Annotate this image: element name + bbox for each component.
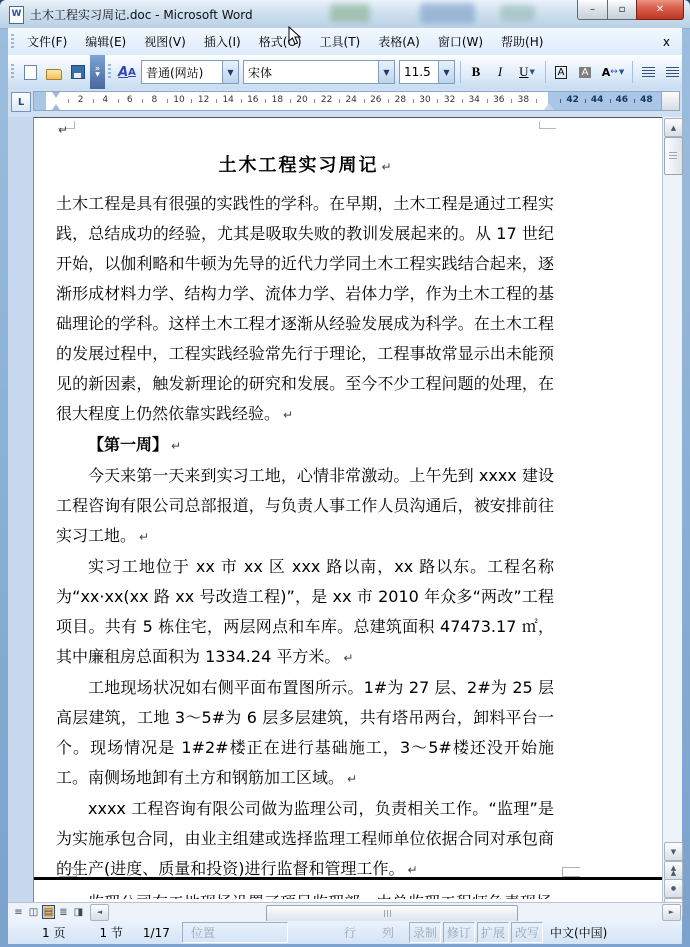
ruler-tick <box>413 99 414 103</box>
standard-toolbar-options-chevron[interactable]: »▼ <box>90 55 105 89</box>
paragraph-mark: ↵ <box>347 772 357 786</box>
menu-item-2[interactable]: 编辑(E) <box>76 29 135 54</box>
status-page: 1 页 <box>36 922 71 943</box>
maximize-button[interactable]: ▫ <box>608 0 636 20</box>
vertical-scrollbar[interactable]: ▲ ▼ ▲▲ ● ▼▼ <box>662 117 682 918</box>
ruler-number: 24 <box>345 95 356 105</box>
text-boundary-mark <box>59 867 77 877</box>
paragraph-mark: ↵ <box>139 530 149 544</box>
paragraph-mark: ↵ <box>381 160 391 174</box>
styles-and-formatting-button[interactable]: AA <box>116 60 138 84</box>
paragraph-mark: ↵ <box>283 408 293 422</box>
page[interactable]: ↵ 土木工程实习周记↵ 土木工程是具有很强的实践性的学科。在早期，土木工程是通过… <box>33 117 663 903</box>
ruler-tick <box>265 99 266 103</box>
paragraph[interactable]: 实习工地位于 xx 市 xx 区 xxx 路以南，xx 路以东。工程名称为“xx… <box>56 552 554 673</box>
save-button[interactable] <box>67 60 89 84</box>
status-column: 列 <box>376 922 400 943</box>
client-area: 文件(F)编辑(E)视图(V)插入(I)格式(O)工具(T)表格(A)窗口(W)… <box>8 28 682 944</box>
ruler-number: 6 <box>127 95 133 105</box>
text-boundary-mark <box>562 867 580 877</box>
ruler-tick <box>241 99 242 103</box>
paragraph-mark: ↵ <box>171 439 181 453</box>
font-size-combobox[interactable]: 11.5▼ <box>399 60 455 84</box>
clipped-next-line: 监理公司在工地现场设置了项目监理部，由总监理工程师负责现场的监理 <box>56 886 554 899</box>
split-handle[interactable] <box>661 91 680 111</box>
ruler-number: 44 <box>591 95 604 105</box>
align-right-button[interactable] <box>685 60 690 84</box>
ruler-number: 26 <box>370 95 381 105</box>
status-section: 1 节 <box>93 922 128 943</box>
document-body[interactable]: 土木工程是具有很强的实践性的学科。在早期，土木工程是通过工程实践，总结成功的经验… <box>56 189 554 885</box>
scroll-right-button[interactable]: ► <box>662 904 681 921</box>
status-toggle-修订[interactable]: 修订 <box>443 922 475 943</box>
vertical-scroll-thumb[interactable] <box>664 137 683 175</box>
ruler-number: 48 <box>640 95 653 105</box>
word-document-icon: W <box>9 6 24 24</box>
text-boundary-mark <box>539 121 556 129</box>
toolbar-separator <box>545 61 546 83</box>
glass-reflection <box>500 5 535 21</box>
previous-page-button[interactable]: ▲▲ <box>664 861 683 880</box>
ruler-tick <box>191 99 192 103</box>
outline-view-icon[interactable]: ≣ <box>57 905 70 919</box>
ruler-tick <box>388 99 389 103</box>
menu-item-6[interactable]: 工具(T) <box>311 29 370 54</box>
horizontal-scroll-thumb[interactable] <box>266 905 518 922</box>
document-title[interactable]: 土木工程实习周记↵ <box>56 151 554 177</box>
horizontal-ruler[interactable]: 2468101214161820222426283032343638424446… <box>33 91 664 111</box>
ruler-number: 18 <box>272 95 283 105</box>
ruler-number: 12 <box>198 95 209 105</box>
menu-item-3[interactable]: 视图(V) <box>135 29 195 54</box>
page-break-boundary <box>34 877 663 880</box>
glass-reflection <box>330 4 370 22</box>
scroll-left-button[interactable]: ◄ <box>90 904 109 921</box>
ruler-tick <box>462 99 463 103</box>
paragraph[interactable]: 工地现场状况如右侧平面布置图所示。1#为 27 层、2#为 25 层高层建筑，工… <box>56 673 554 794</box>
paragraph[interactable]: xxxx 工程咨询有限公司做为监理公司，负责相关工作。“监理”是为实施承包合同，… <box>56 794 554 885</box>
title-bar[interactable]: W 土木工程实习周记.doc - Microsoft Word – ▫ ✕ <box>0 0 690 29</box>
ruler-number: 20 <box>296 95 307 105</box>
standard-toolbar: »▼ <box>8 55 105 89</box>
paragraph-mark: ↵ <box>408 863 418 877</box>
ruler-number: 46 <box>616 95 629 105</box>
toolbar-separator <box>460 61 461 83</box>
character-shading-button[interactable]: A <box>574 60 596 84</box>
scroll-up-button[interactable]: ▲ <box>664 118 683 137</box>
reading-layout-view-icon[interactable]: ◨ <box>72 905 85 919</box>
status-toggle-录制[interactable]: 录制 <box>409 922 441 943</box>
ruler-number: 14 <box>222 95 233 105</box>
horizontal-scrollbar-row: ≡◫▤≣◨ ◄ ► <box>8 902 682 921</box>
document-area: ↵ 土木工程实习周记↵ 土木工程是具有很强的实践性的学科。在早期，土木工程是通过… <box>8 117 682 903</box>
underline-button[interactable]: U▼ <box>513 60 541 84</box>
ruler-tick <box>437 99 438 103</box>
font-combobox[interactable]: 宋体▼ <box>243 60 395 84</box>
ruler-tick <box>314 99 315 103</box>
bold-button[interactable]: B <box>465 60 487 84</box>
close-document-icon[interactable]: x <box>659 33 674 51</box>
ruler-tick <box>216 99 217 103</box>
menu-bar: 文件(F)编辑(E)视图(V)插入(I)格式(O)工具(T)表格(A)窗口(W)… <box>8 28 682 55</box>
close-button[interactable]: ✕ <box>636 0 684 20</box>
align-left-button[interactable] <box>637 60 659 84</box>
status-line: 行 <box>338 922 362 943</box>
ruler-tick <box>118 99 119 103</box>
ruler-row: L 24681012141618202224262830323436384244… <box>8 89 682 117</box>
empty-paragraph-mark: ↵ <box>58 123 68 137</box>
ruler-tick <box>634 99 635 103</box>
print-layout-view-icon[interactable]: ▤ <box>42 905 55 919</box>
ruler-number: 36 <box>493 95 504 105</box>
ruler-number: 10 <box>173 95 184 105</box>
ruler-tick <box>487 99 488 103</box>
open-button[interactable] <box>43 60 65 84</box>
menu-item-4[interactable]: 插入(I) <box>195 29 250 54</box>
ruler-tick <box>142 99 143 103</box>
ruler-tick <box>585 99 586 103</box>
horizontal-scroll-track[interactable] <box>111 905 660 920</box>
ruler-tick <box>93 99 94 103</box>
status-bar: 1 页 1 节 1/17 位置 行 列 录制修订扩展改写 中文(中国) <box>8 921 682 944</box>
normal-view-icon[interactable]: ≡ <box>12 905 25 919</box>
status-toggle-改写[interactable]: 改写 <box>511 922 543 943</box>
new-document-button[interactable] <box>19 60 41 84</box>
scroll-down-button[interactable]: ▼ <box>664 842 683 861</box>
select-browse-object-button[interactable]: ● <box>664 879 683 898</box>
ruler-tick <box>68 99 69 103</box>
italic-button[interactable]: I <box>489 60 511 84</box>
status-language[interactable]: 中文(中国) <box>544 923 613 942</box>
ruler-number: 2 <box>78 95 84 105</box>
status-toggle-扩展[interactable]: 扩展 <box>477 922 509 943</box>
align-center-button[interactable] <box>661 60 683 84</box>
paragraph[interactable]: 土木工程是具有很强的实践性的学科。在早期，土木工程是通过工程实践，总结成功的经验… <box>56 189 554 430</box>
ruler-number: 4 <box>102 95 108 105</box>
menu-item-1[interactable]: 文件(F) <box>18 29 76 54</box>
web-layout-view-icon[interactable]: ◫ <box>27 905 40 919</box>
ruler-number: 32 <box>444 95 455 105</box>
ruler-tick <box>339 99 340 103</box>
status-position: 位置 <box>182 922 288 943</box>
ruler-number: 38 <box>518 95 529 105</box>
ruler-tick <box>536 99 537 103</box>
right-indent-marker[interactable] <box>544 98 554 110</box>
paragraph[interactable]: 今天来第一天来到实习工地，心情非常激动。上午先到 xxxx 建设工程咨询有限公司… <box>56 461 554 552</box>
paragraph-mark: ↵ <box>343 651 353 665</box>
standard-toolbar-handle[interactable] <box>11 64 14 80</box>
style-combobox[interactable]: 普通(网站)▼ <box>141 60 239 84</box>
ruler-tick <box>290 99 291 103</box>
menubar-drag-handle[interactable] <box>11 34 14 50</box>
ruler-tick <box>560 99 561 103</box>
ruler-number: 22 <box>321 95 332 105</box>
toolbar: »▼ AA 普通(网站)▼ 宋体▼ 11.5▼ B I <box>8 55 682 90</box>
formatting-toolbar: AA 普通(网站)▼ 宋体▼ 11.5▼ B I U▼ <box>105 55 690 89</box>
character-scaling-button[interactable]: A↔▼ <box>598 60 628 84</box>
glass-reflection <box>420 3 475 23</box>
paragraph[interactable]: 【第一周】↵ <box>56 430 554 461</box>
hanging-indent-marker[interactable] <box>52 100 60 110</box>
ruler-number: 30 <box>419 95 430 105</box>
ruler-number: 34 <box>468 95 479 105</box>
tab-selector-button[interactable]: L <box>11 92 31 112</box>
ruler-number: 28 <box>395 95 406 105</box>
ruler-tick <box>511 99 512 103</box>
character-border-button[interactable]: A <box>550 60 572 84</box>
word-window: W 土木工程实习周记.doc - Microsoft Word – ▫ ✕ 文件… <box>0 0 690 947</box>
status-page-of-total: 1/17 <box>137 924 176 942</box>
menu-item-5[interactable]: 格式(O) <box>250 29 311 54</box>
window-title: 土木工程实习周记.doc - Microsoft Word <box>30 6 253 23</box>
ruler-tick <box>610 99 611 103</box>
toolbar-separator <box>632 61 633 83</box>
minimize-button[interactable]: – <box>577 0 608 20</box>
menu-item-7[interactable]: 表格(A) <box>369 29 429 54</box>
menu-item-8[interactable]: 窗口(W) <box>429 29 492 54</box>
formatting-toolbar-handle[interactable] <box>108 64 111 80</box>
ruler-number: 42 <box>566 95 579 105</box>
ruler-tick <box>364 99 365 103</box>
menu-item-9[interactable]: 帮助(H) <box>492 29 552 54</box>
ruler-number: 16 <box>247 95 258 105</box>
ruler-number: 8 <box>152 95 158 105</box>
ruler-tick <box>167 99 168 103</box>
